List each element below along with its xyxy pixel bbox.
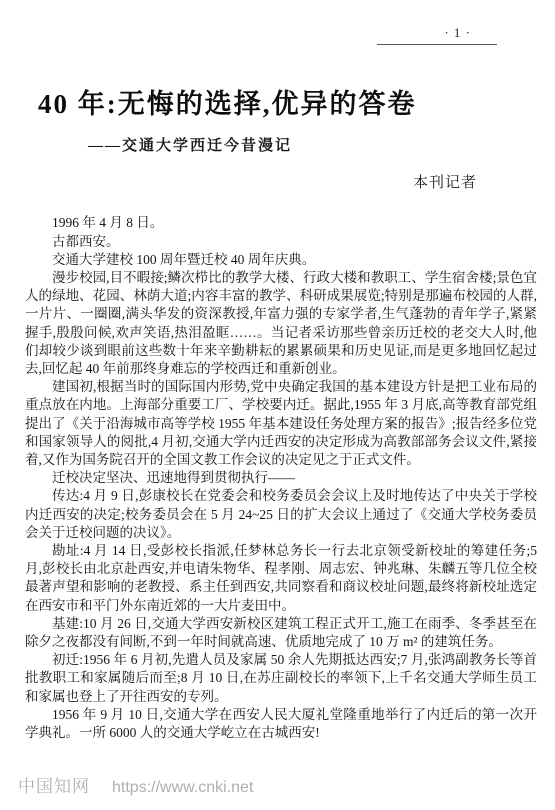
paragraph-chuanda: 传达:4 月 9 日,彭康校长在党委会和校务委员会会议上及时地传达了中央关于学校…	[25, 487, 537, 542]
scanned-article-page: · 1 · 40 年:无悔的选择,优异的答卷 ——交通大学西迁今昔漫记 本刊记者…	[0, 0, 555, 810]
paragraph-opening-ceremony: 1956 年 9 月 10 日,交通大学在西安人民大厦礼堂隆重地举行了内迁后的第…	[25, 706, 537, 742]
paragraph-founding-policy: 建国初,根据当时的国际国内形势,党中央确定我国的基本建设方针是把工业布局的重点放…	[25, 378, 537, 469]
paragraph-celebration: 交通大学建校 100 周年暨迁校 40 周年庆典。	[25, 251, 537, 269]
paragraph-chuqian: 初迁:1956 年 6 月初,先遣人员及家属 50 余人先期抵达西安;7 月,张…	[25, 651, 537, 706]
cnki-watermark: 中国知网 https://www.cnki.net	[18, 772, 253, 797]
cnki-url-text: https://www.cnki.net	[112, 779, 253, 797]
page-number-block: · 1 ·	[377, 24, 497, 45]
page-number: · 1 ·	[444, 25, 497, 44]
paragraph-jijian: 基建:10 月 26 日,交通大学西安新校区建筑工程正式开工,施工在雨季、冬季甚…	[25, 615, 537, 651]
paragraph-campus-scene: 漫步校园,目不暇接;鳞次栉比的教学大楼、行政大楼和教职工、学生宿舍楼;景色宜人的…	[25, 269, 537, 378]
paragraph-city: 古都西安。	[25, 233, 537, 251]
header-rule	[377, 44, 497, 45]
cnki-brand-text: 中国知网	[18, 772, 90, 797]
paragraph-decision-lead: 迁校决定坚决、迅速地得到贯彻执行——	[25, 469, 537, 487]
article-byline: 本刊记者	[0, 171, 555, 192]
article-body: 1996 年 4 月 8 日。 古都西安。 交通大学建校 100 周年暨迁校 4…	[25, 214, 537, 742]
paragraph-kanzhi: 勘址:4 月 14 日,受彭校长指派,任梦林总务长一行去北京领受新校址的筹建任务…	[25, 542, 537, 615]
article-title: 40 年:无悔的选择,优异的答卷	[38, 88, 555, 120]
article-subtitle: ——交通大学西迁今昔漫记	[88, 134, 555, 155]
paragraph-date: 1996 年 4 月 8 日。	[25, 214, 537, 232]
